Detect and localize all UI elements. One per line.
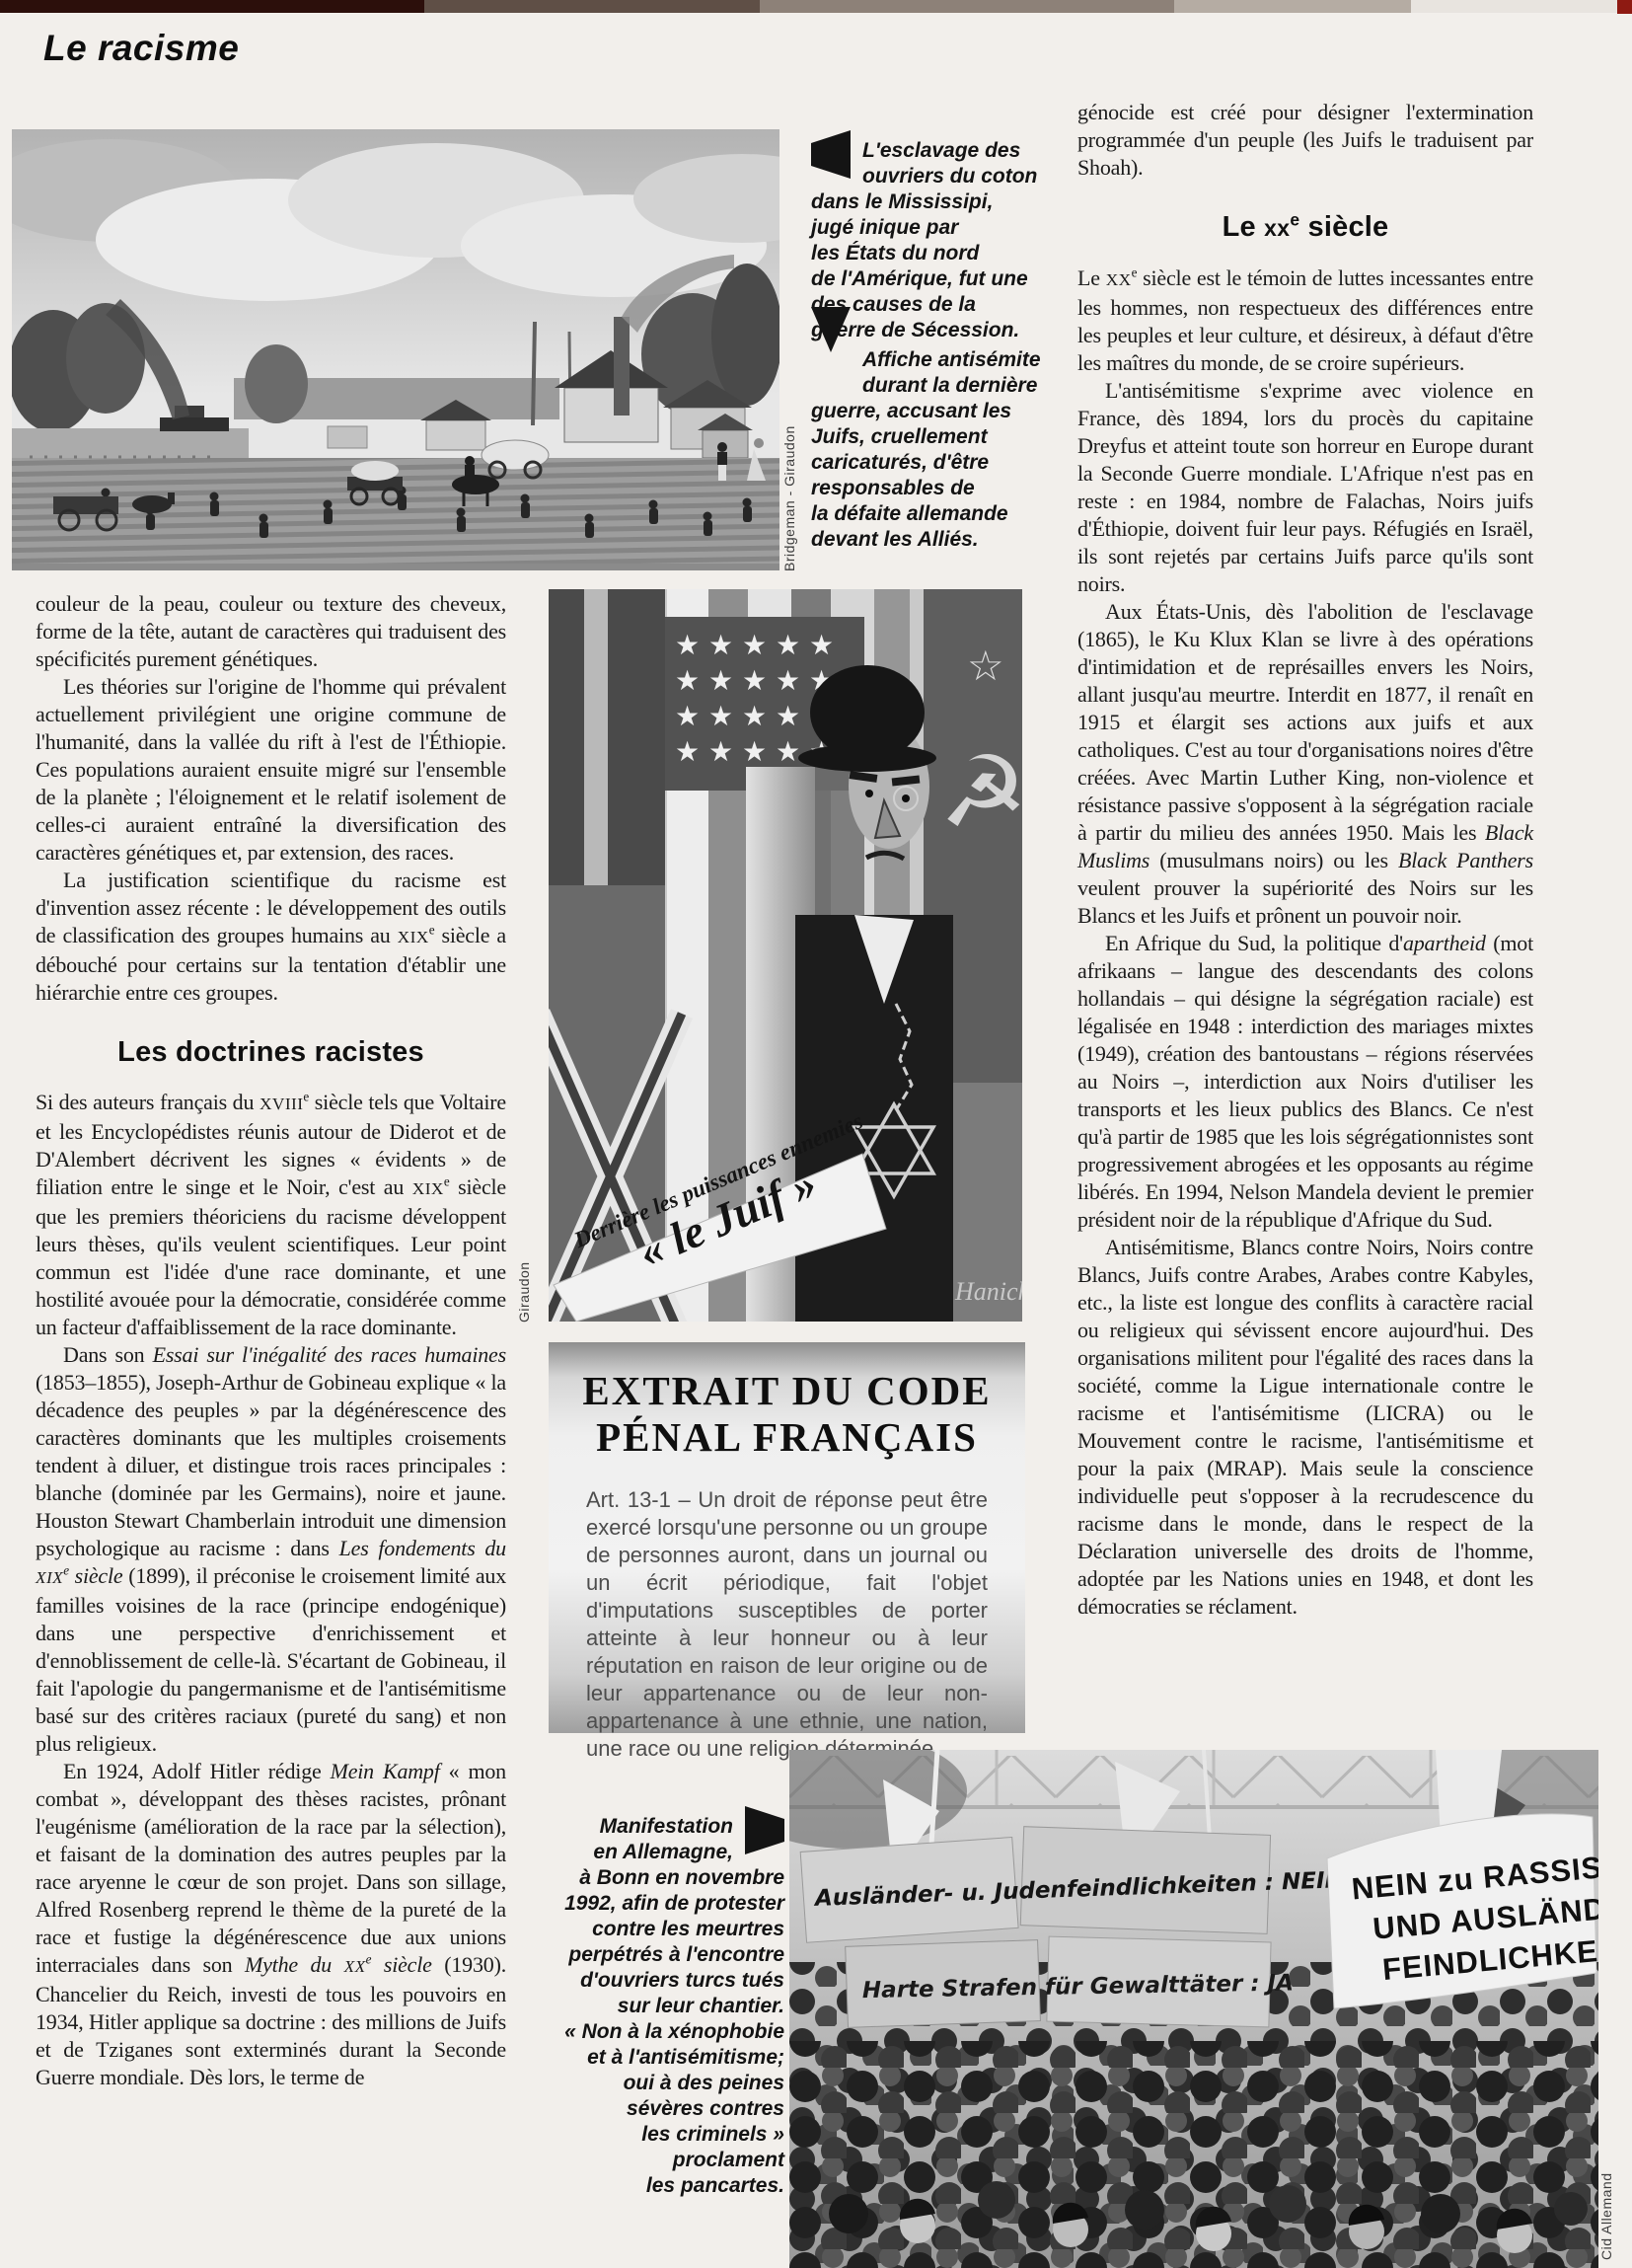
caption-poster: Affiche antisémitedurant la dernièreguer… <box>811 347 1054 553</box>
antisemitic-poster-image: ★ ★ ★ ★ ★ ★ ★ ★ ★ ★ ★ ★ ★ ★ ★ ★ ★ ★ ★ ★ … <box>549 589 1022 1322</box>
paragraph: génocide est créé pour désigner l'exterm… <box>1077 99 1533 182</box>
cotton-plantation-image <box>12 129 779 570</box>
section-heading-xx-siecle: Le xxe siècle <box>1077 211 1533 245</box>
poster-signature: Hanich <box>954 1277 1022 1306</box>
magazine-page: Le racisme <box>0 0 1632 2268</box>
page-corner-mark <box>1617 0 1632 14</box>
demonstration-photo: Ausländer- u. Judenfeindlichkeiten : NEI… <box>789 1750 1598 2268</box>
paragraph: Dans son Essai sur l'inégalité des races… <box>36 1341 506 1758</box>
right-column: génocide est créé pour désigner l'exterm… <box>1077 99 1533 1621</box>
box-title-line2: PÉNAL FRANÇAIS <box>549 1414 1025 1461</box>
code-penal-box: EXTRAIT DU CODE PÉNAL FRANÇAIS Art. 13-1… <box>549 1342 1025 1733</box>
caption-demo-text: Manifestationen Allemagne,à Bonn en nove… <box>564 1815 784 2197</box>
paragraph: couleur de la peau, couleur ou texture d… <box>36 590 506 673</box>
svg-text:★ ★ ★ ★ ★: ★ ★ ★ ★ ★ <box>675 700 834 732</box>
box-body: Art. 13-1 – Un droit de réponse peut êtr… <box>586 1486 988 1763</box>
paragraph: L'antisémitisme s'exprime avec violence … <box>1077 377 1533 598</box>
top-bar-segment <box>0 0 424 13</box>
river <box>12 428 249 458</box>
handwritten-placards: Ausländer- u. Judenfeindlichkeiten : NEI… <box>800 1827 1344 2028</box>
top-bar-segment <box>424 0 760 13</box>
hammer-sickle-icon: ☭ <box>939 734 1022 850</box>
arrow-down-icon <box>811 351 851 377</box>
svg-text:★ ★ ★ ★ ★: ★ ★ ★ ★ ★ <box>675 629 834 661</box>
page-title: Le racisme <box>43 28 239 69</box>
paragraph: Le XXe siècle est le témoin de luttes in… <box>1077 265 1533 377</box>
paragraph: Les théories sur l'origine de l'homme qu… <box>36 673 506 867</box>
top-bar-segment <box>1411 0 1632 13</box>
top-bar-segment <box>760 0 1174 13</box>
photo-credit-poster: Giraudon <box>516 1232 532 1323</box>
left-column: couleur de la peau, couleur ou texture d… <box>36 590 506 2091</box>
paragraph: Antisémitisme, Blancs contre Noirs, Noir… <box>1077 1234 1533 1621</box>
paragraph: Aux États-Unis, dès l'abolition de l'esc… <box>1077 598 1533 930</box>
star-outline-icon: ☆ <box>967 642 1004 690</box>
caption-poster-text: Affiche antisémitedurant la dernièreguer… <box>811 348 1041 551</box>
paragraph: En Afrique du Sud, la politique d'aparth… <box>1077 930 1533 1234</box>
svg-text:★ ★ ★ ★ ★: ★ ★ ★ ★ ★ <box>675 664 834 697</box>
paragraph: Si des auteurs français du XVIIIe siècle… <box>36 1089 506 1341</box>
box-title-line1: EXTRAIT DU CODE <box>549 1342 1025 1414</box>
paragraph: En 1924, Adolf Hitler rédige Mein Kampf … <box>36 1758 506 2091</box>
photo-credit-demo: Cid Allemand <box>1598 2107 1614 2260</box>
section-heading-doctrines: Les doctrines racistes <box>36 1036 506 1069</box>
photo-credit-plantation: Bridgeman - Giraudon <box>781 359 797 571</box>
caption-demo: Manifestationen Allemagne,à Bonn en nove… <box>538 1814 784 2199</box>
paragraph: La justification scientifique du racisme… <box>36 867 506 1007</box>
arrow-left-icon <box>811 142 851 168</box>
arrow-right-icon <box>745 1818 784 1844</box>
top-bar-segment <box>1174 0 1411 13</box>
